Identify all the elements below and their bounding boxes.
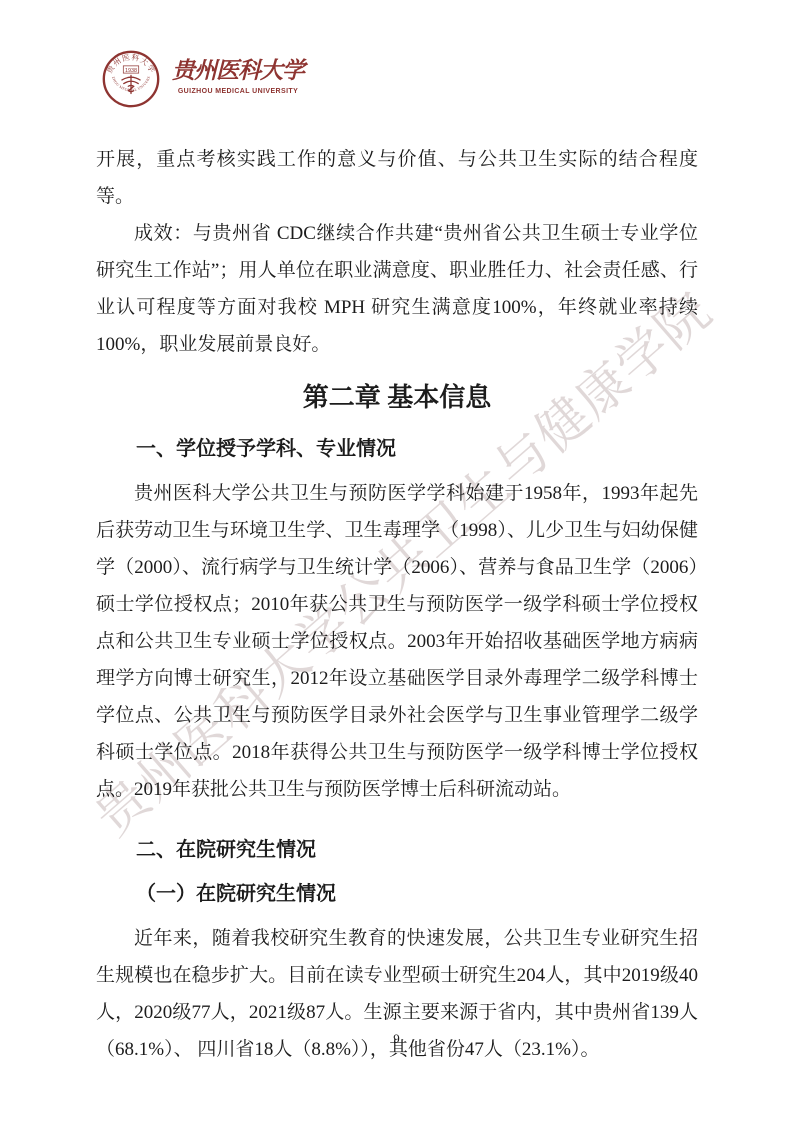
- document-page: 贵州医科大学公共卫生与健康学院 贵州医科大学 1938 GUIZHOU MEDI…: [0, 0, 793, 1122]
- logo-names: 贵州医科大学 GUIZHOU MEDICAL UNIVERSITY: [172, 56, 304, 95]
- subsection-heading-2-1: （一）在院研究生情况: [96, 878, 698, 910]
- paragraph-results: 成效：与贵州省 CDC继续合作共建“贵州省公共卫生硕士专业学位研究生工作站”；用…: [96, 215, 698, 363]
- document-content: 开展，重点考核实践工作的意义与价值、与公共卫生实际的结合程度等。 成效：与贵州省…: [96, 141, 698, 1068]
- chapter-heading: 第二章 基本信息: [96, 375, 698, 421]
- university-name-en: GUIZHOU MEDICAL UNIVERSITY: [172, 88, 304, 95]
- section-heading-1: 一、学位授予学科、专业情况: [96, 433, 698, 465]
- university-logo: 贵州医科大学 1938 GUIZHOU MEDICAL UNIVERSITY 贵…: [102, 50, 304, 108]
- section-heading-2: 二、在院研究生情况: [96, 834, 698, 866]
- page-number: 9: [0, 1031, 793, 1047]
- paragraph-history: 贵州医科大学公共卫生与预防医学学科始建于1958年，1993年起先后获劳动卫生与…: [96, 475, 698, 808]
- seal-year-text: 1938: [125, 68, 137, 74]
- university-seal-icon: 贵州医科大学 1938 GUIZHOU MEDICAL UNIVERSITY: [102, 50, 160, 108]
- university-name-cn: 贵州医科大学: [172, 56, 304, 86]
- paragraph-continuation: 开展，重点考核实践工作的意义与价值、与公共卫生实际的结合程度等。: [96, 141, 698, 215]
